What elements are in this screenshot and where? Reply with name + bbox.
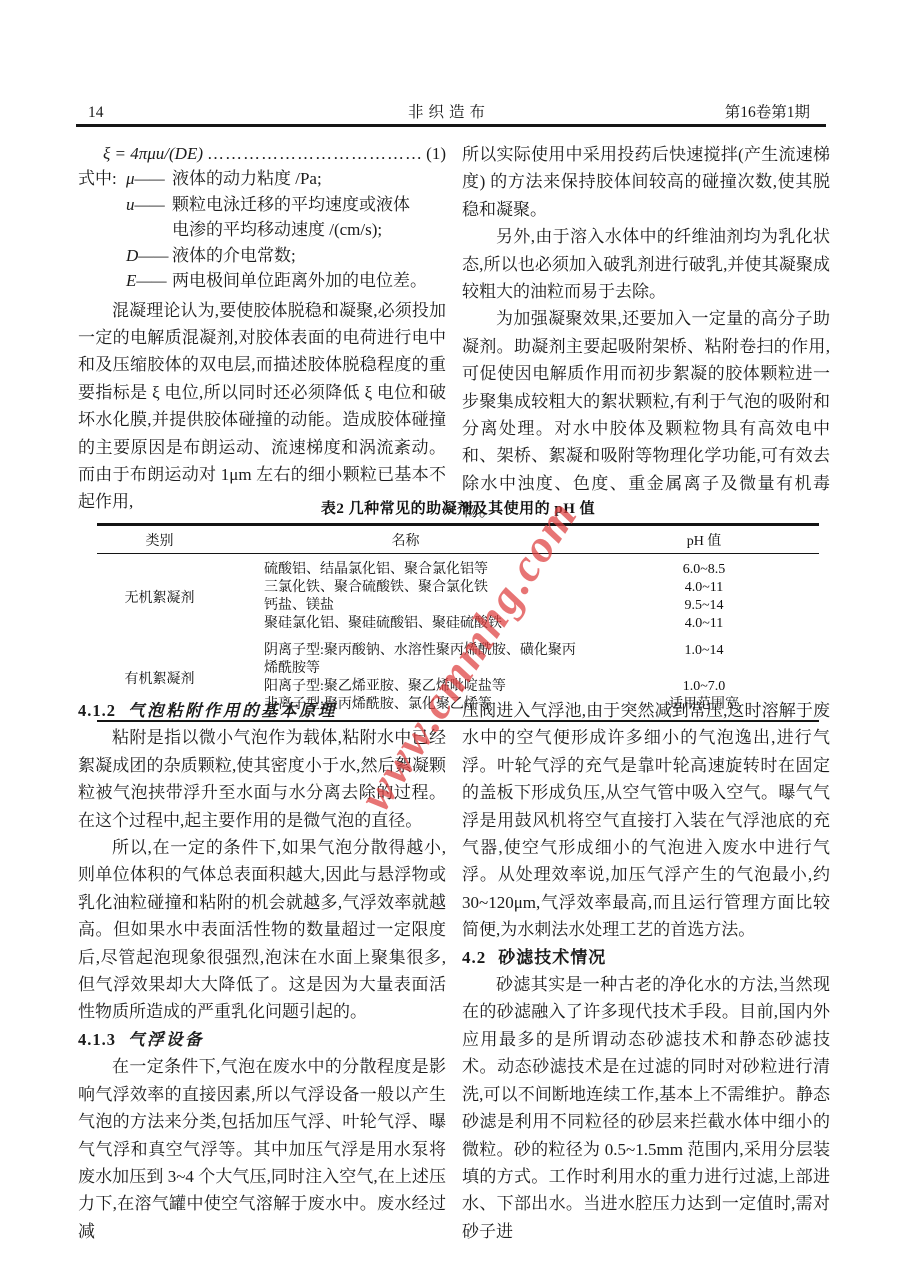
cell-ph: 1.0~14 (589, 642, 819, 678)
journal-title: 非织造布 (228, 100, 670, 122)
paragraph: 另外,由于溶入水体中的纤维油剂均为乳化状态,所以也必须加入破乳剂进行破乳,并使其… (462, 223, 830, 305)
table-row: 硫酸铝、结晶氯化铝、聚合氯化铝等 6.0~8.5 (222, 561, 819, 579)
paragraph: 为加强凝聚效果,还要加入一定量的高分子助凝剂。助凝剂主要起吸附架桥、粘附卷扫的作… (462, 305, 830, 524)
cell-name: 硫酸铝、结晶氯化铝、聚合氯化铝等 (222, 561, 589, 579)
table-row: 钙盐、镁盐 9.5~14 (222, 597, 819, 615)
symbol-d: D—— (126, 243, 172, 269)
top-columns: ξ = 4πμu/(DE) …………………………………………………… (1) 式… (78, 141, 830, 525)
left-column-top: ξ = 4πμu/(DE) …………………………………………………… (1) 式… (78, 141, 446, 525)
formula-block: ξ = 4πμu/(DE) …………………………………………………… (1) 式… (78, 141, 446, 294)
equation-expression: ξ = 4πμu/(DE) (103, 141, 203, 166)
table-row: 三氯化铁、聚合硫酸铁、聚合氯化铁 4.0~11 (222, 579, 819, 597)
issue-info: 第16卷第1期 (670, 100, 810, 122)
paragraph: 所以,在一定的条件下,如果气泡分散得越小,则单位体积的气体总表面积越大,因此与悬… (78, 834, 446, 1026)
section-number: 4.2 (462, 944, 486, 971)
definition-text: 电渗的平均移动速度 /(cm/s); (172, 217, 382, 243)
symbol-u: u—— (126, 192, 172, 218)
cell-name: 聚硅氯化铝、聚硅硫酸铝、聚硅硫酸铁 (222, 615, 589, 633)
coagulant-ph-table-block: 表2 几种常见的助凝剂及其使用的 pH 值 类别 名称 pH 值 无机絮凝剂 硫… (97, 497, 819, 722)
section-title: 气泡粘附作用的基本原理 (128, 697, 337, 724)
table-header-category: 类别 (97, 530, 222, 550)
formula-definition-row: 式中: μ—— 液体的动力粘度 /Pa; (78, 166, 446, 192)
cell-ph: 4.0~11 (589, 615, 819, 633)
section-heading-413: 4.1.3 气浮设备 (78, 1026, 446, 1053)
table-body: 无机絮凝剂 硫酸铝、结晶氯化铝、聚合氯化铝等 6.0~8.5 三氯化铁、聚合硫酸… (97, 554, 819, 720)
cell-ph: 1.0~7.0 (589, 678, 819, 696)
definition-text: 两电极间单位距离外加的电位差。 (172, 268, 446, 294)
paragraph: 在一定条件下,气泡在废水中的分散程度是影响气浮效率的直接因素,所以气浮设备一般以… (78, 1053, 446, 1245)
section-number: 4.1.3 (78, 1026, 116, 1053)
definition-text: 液体的介电常数; (172, 243, 446, 269)
equation-number: (1) (426, 141, 446, 166)
formula-definition-row: E—— 两电极间单位距离外加的电位差。 (78, 268, 446, 294)
formula-definition-row: u—— 颗粒电泳迁移的平均速度或液体 (78, 192, 446, 218)
right-column-top: 所以实际使用中采用投药后快速搅拌(产生流速梯度) 的方法来保持胶体间较高的碰撞次… (462, 141, 830, 525)
section-heading-412: 4.1.2 气泡粘附作用的基本原理 (78, 697, 446, 724)
cell-name: 阳离子型:聚乙烯亚胺、聚乙烯吡啶盐等 (222, 678, 589, 696)
table-header-ph: pH 值 (589, 530, 819, 550)
table-row: 聚硅氯化铝、聚硅硫酸铝、聚硅硫酸铁 4.0~11 (222, 615, 819, 633)
where-prefix: 式中: (78, 166, 126, 192)
page-number: 14 (88, 104, 228, 122)
table-row: 阳离子型:聚乙烯亚胺、聚乙烯吡啶盐等 1.0~7.0 (222, 678, 819, 696)
equation-line: ξ = 4πμu/(DE) …………………………………………………… (1) (78, 141, 446, 166)
table-title: 表2 几种常见的助凝剂及其使用的 pH 值 (97, 497, 819, 518)
section-number: 4.1.2 (78, 697, 116, 724)
table-row: 阴离子型:聚丙酸钠、水溶性聚丙烯酰胺、磺化聚丙烯酰胺等 1.0~14 (222, 642, 819, 678)
page-header: 14 非织造布 第16卷第1期 (88, 100, 810, 122)
formula-definition-row-continued: 电渗的平均移动速度 /(cm/s); (78, 217, 446, 243)
cell-ph: 6.0~8.5 (589, 561, 819, 579)
cell-ph: 9.5~14 (589, 597, 819, 615)
left-column-bottom: 4.1.2 气泡粘附作用的基本原理 粘附是指以微小气泡作为载体,粘附水中已经絮凝… (78, 697, 446, 1245)
right-column-bottom: 压阀进入气浮池,由于突然减到常压,这时溶解于废水中的空气便形成许多细小的气泡逸出… (462, 697, 830, 1245)
table-group-inorganic: 无机絮凝剂 硫酸铝、结晶氯化铝、聚合氯化铝等 6.0~8.5 三氯化铁、聚合硫酸… (97, 561, 819, 633)
definition-text: 液体的动力粘度 /Pa; (172, 166, 446, 192)
symbol-mu: μ—— (126, 166, 172, 192)
symbol-e: E—— (126, 268, 172, 294)
header-rule (76, 124, 826, 127)
formula-definition-row: D—— 液体的介电常数; (78, 243, 446, 269)
paragraph: 所以实际使用中采用投药后快速搅拌(产生流速梯度) 的方法来保持胶体间较高的碰撞次… (462, 141, 830, 223)
paragraph: 压阀进入气浮池,由于突然减到常压,这时溶解于废水中的空气便形成许多细小的气泡逸出… (462, 697, 830, 944)
paragraph: 粘附是指以微小气泡作为载体,粘附水中已经絮凝成团的杂质颗粒,使其密度小于水,然后… (78, 724, 446, 834)
category-label: 无机絮凝剂 (97, 561, 222, 633)
journal-page-scan: 14 非织造布 第16卷第1期 ξ = 4πμu/(DE) …………………………… (0, 0, 904, 1262)
cell-ph: 4.0~11 (589, 579, 819, 597)
section-title: 气浮设备 (128, 1026, 204, 1053)
cell-name: 阴离子型:聚丙酸钠、水溶性聚丙烯酰胺、磺化聚丙烯酰胺等 (222, 642, 589, 678)
definition-text: 颗粒电泳迁移的平均速度或液体 (172, 192, 446, 218)
section-title: 砂滤技术情况 (498, 944, 606, 971)
table-header-row: 类别 名称 pH 值 (97, 526, 819, 554)
coagulant-ph-table: 类别 名称 pH 值 无机絮凝剂 硫酸铝、结晶氯化铝、聚合氯化铝等 6.0~8.… (97, 523, 819, 722)
bottom-columns: 4.1.2 气泡粘附作用的基本原理 粘附是指以微小气泡作为载体,粘附水中已经絮凝… (78, 697, 830, 1245)
equation-dot-leader: …………………………………………………… (207, 141, 422, 166)
paragraph: 混凝理论认为,要使胶体脱稳和凝聚,必须投加一定的电解质混凝剂,对胶体表面的电荷进… (78, 297, 446, 516)
table-header-name: 名称 (222, 530, 589, 550)
cell-name: 三氯化铁、聚合硫酸铁、聚合氯化铁 (222, 579, 589, 597)
section-heading-42: 4.2 砂滤技术情况 (462, 944, 830, 971)
paragraph: 砂滤其实是一种古老的净化水的方法,当然现在的砂滤融入了许多现代技术手段。目前,国… (462, 971, 830, 1245)
cell-name: 钙盐、镁盐 (222, 597, 589, 615)
